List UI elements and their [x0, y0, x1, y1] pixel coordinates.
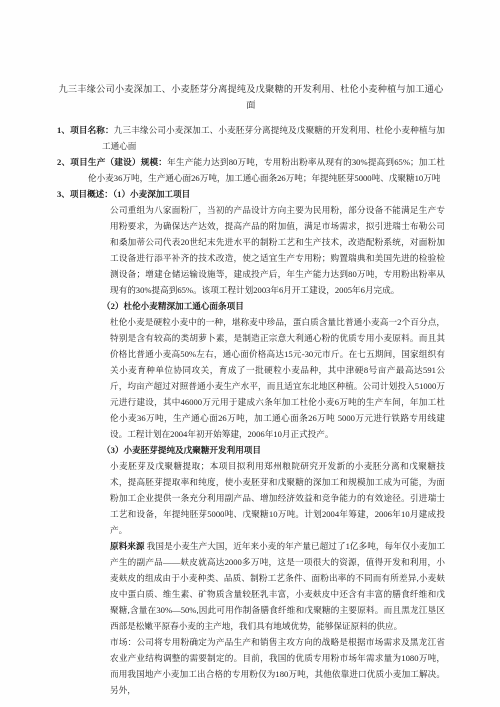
item-project-name-label: 1、项目名称： [57, 125, 114, 135]
item-project-name: 1、项目名称：九三丰缘公司小麦深加工、小麦胚芽分离提纯及戊聚糖的开发利用、杜伦小… [57, 122, 445, 154]
item-project-overview-label: 3、项目概述： [57, 189, 113, 199]
raw-materials-body: 我国是小麦生产大国，近年来小麦的年产量已超过了1亿多吨，每年仅小麦加工产生的副产… [110, 541, 445, 631]
item-project-scale-label: 2、项目生产（建设）规模： [57, 157, 167, 167]
subproject-2-heading: （2）杜伦小麦精深加工通心面条项目 [102, 298, 445, 314]
item-project-overview: 3、项目概述：（1）小麦深加工项目 [57, 186, 445, 202]
subproject-1-paragraph: 公司重组为八家面粉厂，当初的产品设计方向主要为民用粉，部分设备不能满足生产专用粉… [110, 202, 445, 298]
raw-materials-label: 原料来源 [110, 541, 145, 551]
raw-materials-paragraph: 原料来源 我国是小麦生产大国，近年来小麦的年产量已超过了1亿多吨，每年仅小麦加工… [110, 538, 445, 634]
subproject-1-heading: （1）小麦深加工项目 [113, 189, 190, 199]
document-page: 九三丰缘公司小麦深加工、小麦胚芽分离提纯及戊聚糖的开发利用、杜伦小麦种植与加工通… [0, 0, 500, 707]
item-project-name-text: 九三丰缘公司小麦深加工、小麦胚芽分离提纯及戊聚糖的开发利用、杜伦小麦种植与加工通… [102, 125, 445, 151]
market-paragraph: 市场：公司将专用粉确定为产品生产和销售主攻方向的战略是根据市场需求及黑龙江省农业… [110, 634, 445, 698]
subproject-3-heading: （3）小麦胚芽提纯及戊聚糖开发利用项目 [102, 442, 445, 458]
item-project-scale: 2、项目生产（建设）规模：年生产能力达到80万吨，专用粉出粉率从现有的30%提高… [57, 154, 445, 186]
document-title: 九三丰缘公司小麦深加工、小麦胚芽分离提纯及戊聚糖的开发利用、杜伦小麦种植与加工通… [57, 81, 445, 113]
subproject-3-paragraph: 小麦胚芽及戊聚糖提取；本项目拟利用郑州粮院研究开发新的小麦胚分离和戊聚糖技术，提… [110, 458, 445, 538]
subproject-2-paragraph: 杜伦小麦是硬粒小麦中的一种，堪称麦中珍品，蛋白质含量比普通小麦高一2个百分点，特… [110, 314, 445, 442]
